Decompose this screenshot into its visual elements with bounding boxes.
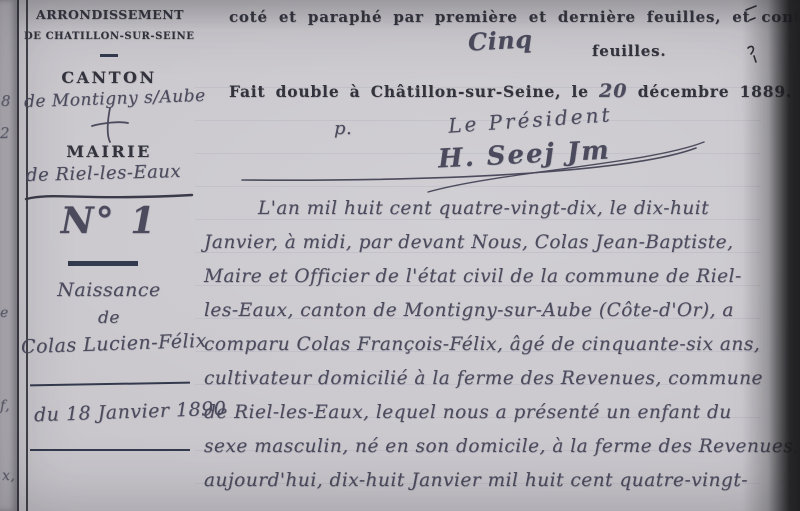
act-type: Naissance xyxy=(24,279,194,301)
margin-rule-line xyxy=(30,449,190,451)
act-body-line: cultivateur domicilié à la ferme des Rev… xyxy=(204,368,763,389)
act-body-line: sexe masculin, né en son domicile, à la … xyxy=(204,436,800,457)
register-scan-page: 8 2 e f, x, ARRONDISSEMENT DE CHATILLON-… xyxy=(0,0,800,511)
act-body-line: Janvier, à midi, par devant Nous, Colas … xyxy=(204,232,733,253)
arrondissement-label: ARRONDISSEMENT xyxy=(26,7,194,22)
canton-cross-flourish xyxy=(88,106,132,144)
book-gutter-shadow xyxy=(742,0,800,511)
thick-divider-bar xyxy=(68,261,138,266)
certification-printed-line: coté et paraphé par première et dernière… xyxy=(229,8,800,26)
edge-fragment: 2 xyxy=(0,124,10,142)
mairie-handwritten-value: de Riel-les-Eaux xyxy=(26,161,182,186)
fait-double-day-handwritten: 20 xyxy=(599,80,627,102)
arrondissement-value: DE CHATILLON-SUR-SEINE xyxy=(24,31,194,42)
act-body-line: aujourd'hui, dix-huit Janvier mil huit c… xyxy=(204,470,748,491)
edge-fragment: e xyxy=(0,305,9,321)
edge-fragment: 8 xyxy=(1,92,11,110)
act-body-line: comparu Colas François-Félix, âgé de cin… xyxy=(204,334,760,355)
small-divider-dash xyxy=(100,54,118,57)
fait-double-prefix: Fait double à Châtillon-sur-Seine, le xyxy=(229,82,589,101)
adjacent-page-edge xyxy=(0,0,17,511)
act-body-line: les-Eaux, canton de Montigny-sur-Aube (C… xyxy=(204,300,734,321)
act-number: N° 1 xyxy=(24,200,194,242)
feuilles-word: feuilles. xyxy=(592,42,666,60)
edge-fragment: f, xyxy=(0,398,10,414)
act-body-line: L'an mil huit cent quatre-vingt-dix, le … xyxy=(258,198,709,219)
act-person-name: Colas Lucien-Félix xyxy=(21,330,208,358)
margin-rule-line xyxy=(30,382,190,387)
sheet-count-handwritten: Cinq xyxy=(467,24,533,56)
act-body-line: de Riel-les-Eaux, lequel nous a présenté… xyxy=(204,402,732,423)
edge-fragment: x, xyxy=(2,468,15,484)
canton-handwritten-value: de Montigny s/Aube xyxy=(24,86,206,112)
canton-label: CANTON xyxy=(24,68,194,87)
fait-double-line: Fait double à Châtillon-sur-Seine, le 20… xyxy=(229,80,792,102)
act-of: de xyxy=(24,308,194,328)
mairie-label: MAIRIE xyxy=(24,142,194,161)
pour-abbreviation: p. xyxy=(334,118,352,139)
act-body-line: Maire et Officier de l'état civil de la … xyxy=(204,266,742,287)
